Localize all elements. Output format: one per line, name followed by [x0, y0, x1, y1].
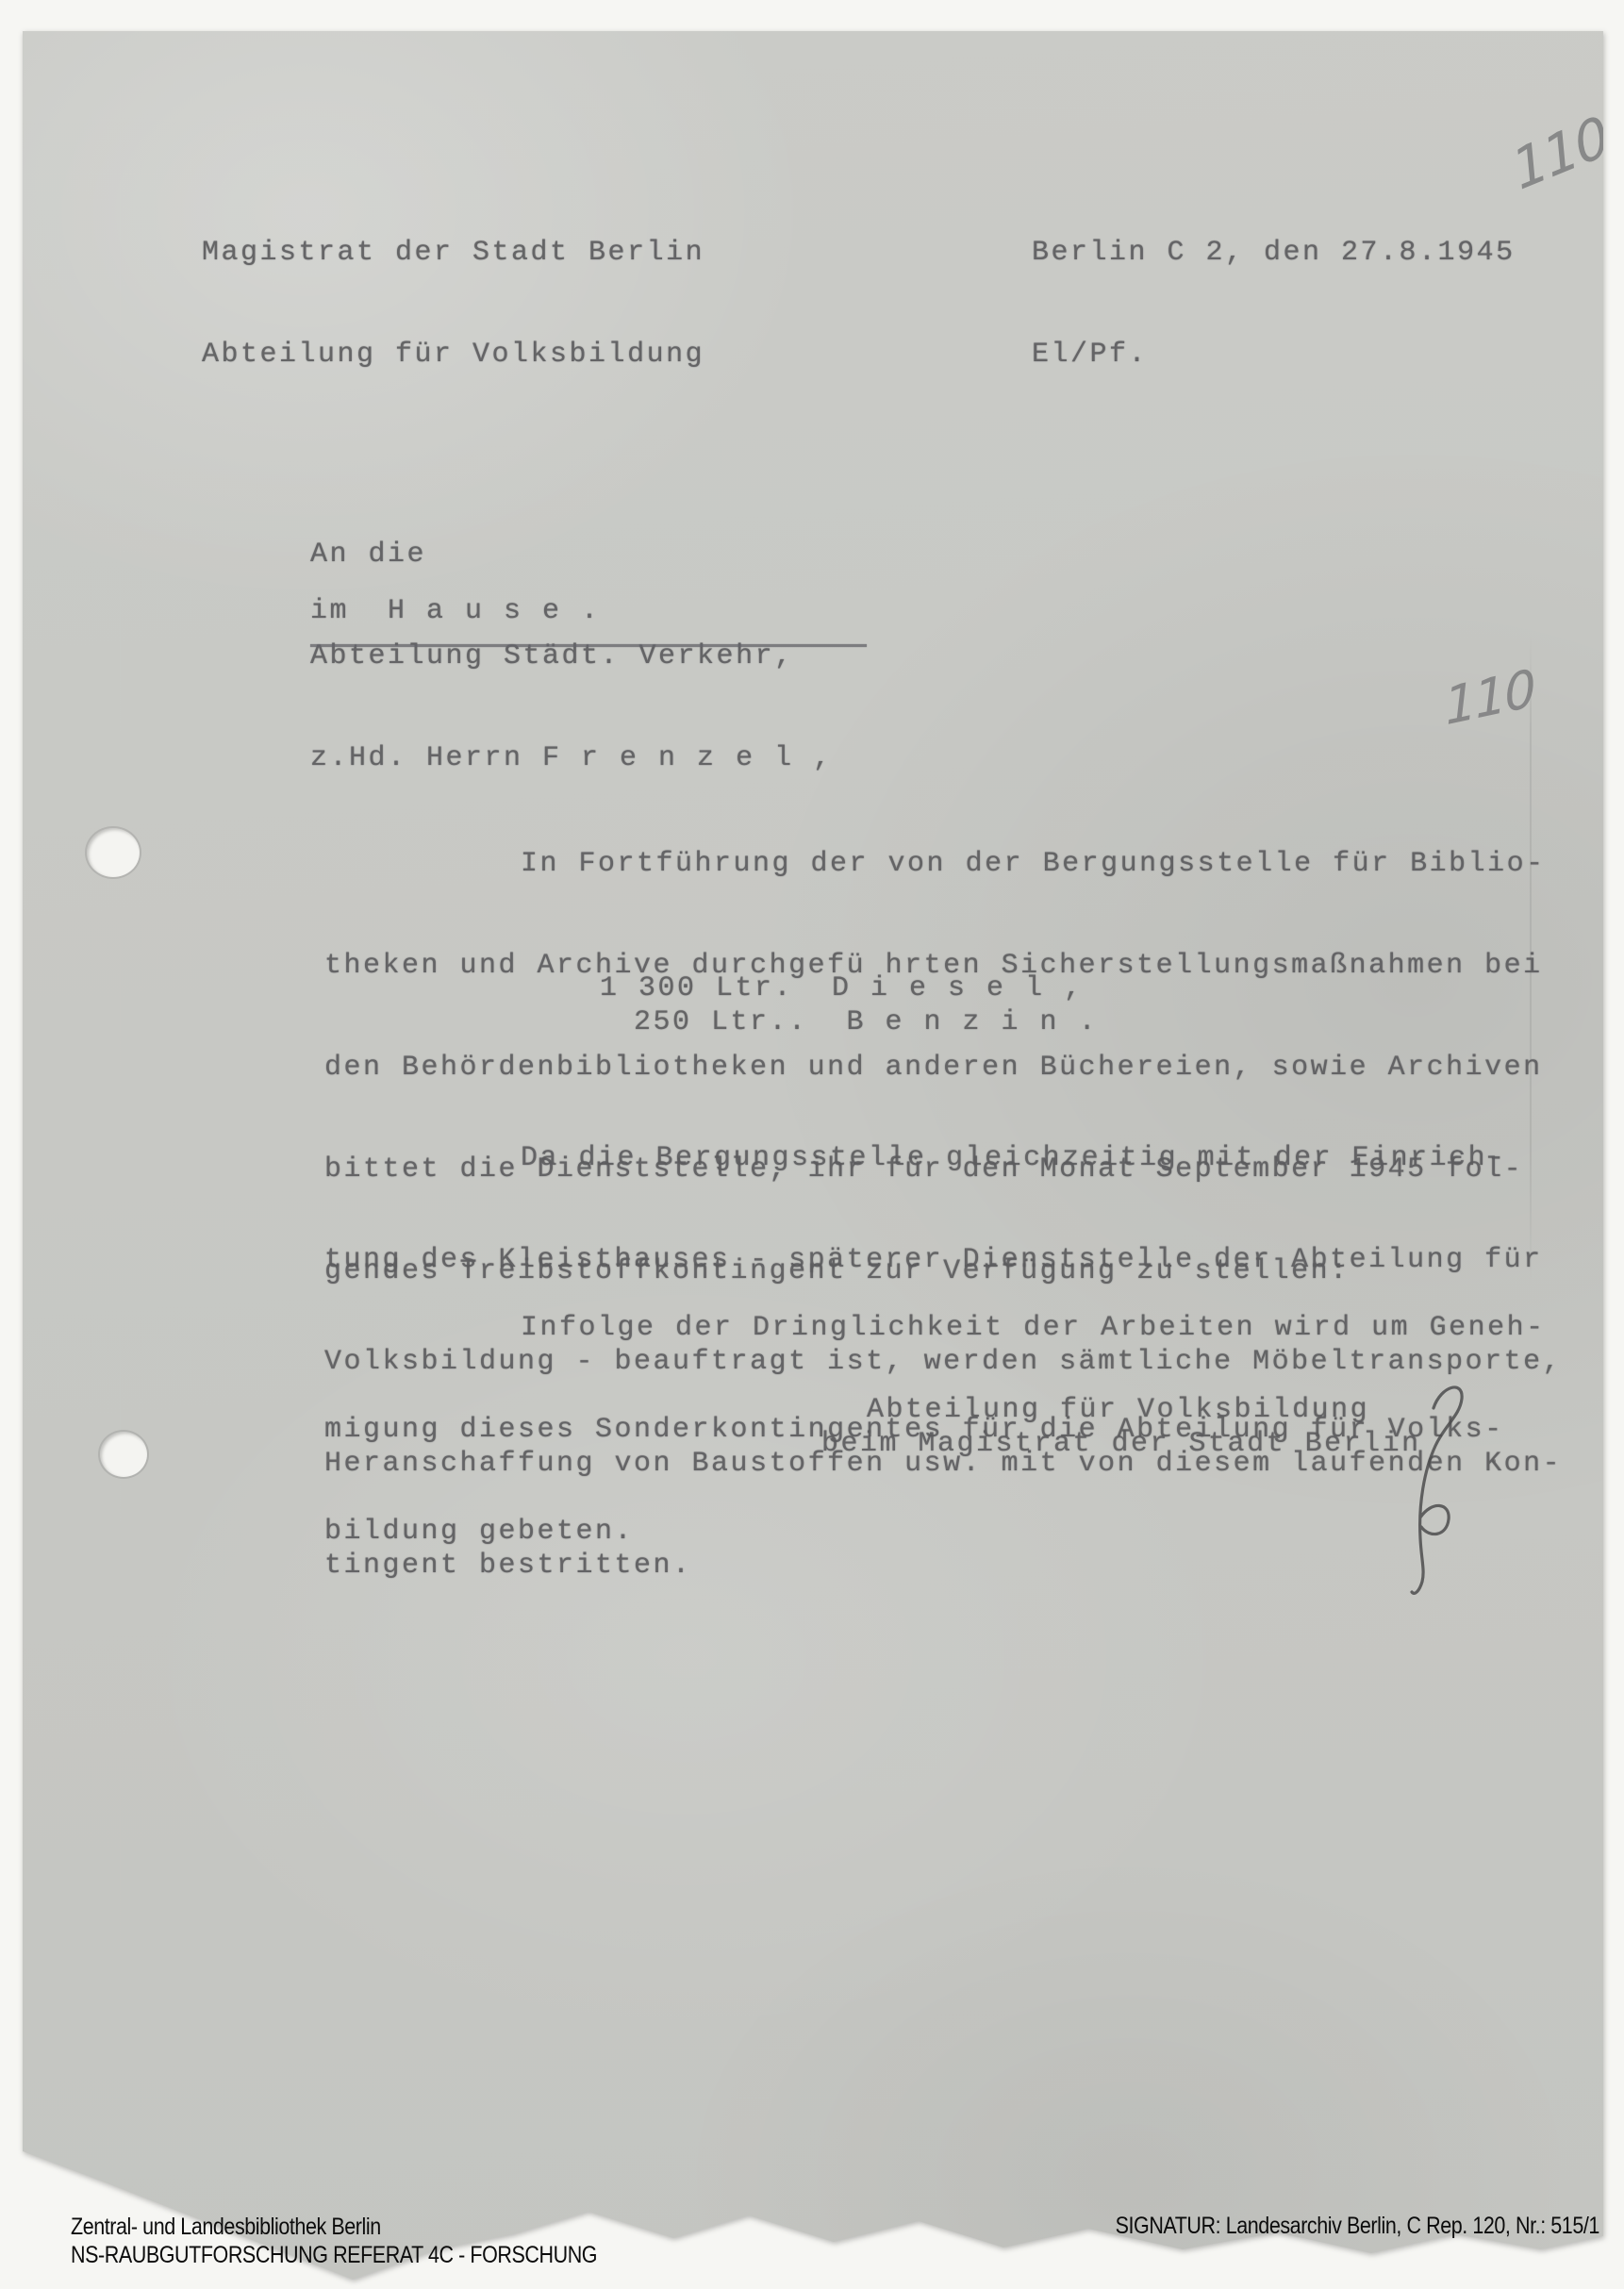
handwritten-number-mid-text: 110	[1443, 658, 1536, 737]
archive-caption-left: Zentral- und Landesbibliothek Berlin NS-…	[71, 2213, 597, 2269]
document-scan: Magistrat der Stadt Berlin Abteilung für…	[0, 0, 1624, 2289]
archive-caption-left-line-1: Zentral- und Landesbibliothek Berlin	[71, 2213, 597, 2241]
paper-sheet: Magistrat der Stadt Berlin Abteilung für…	[23, 31, 1603, 2289]
body-line: Infolge der Dringlichkeit der Arbeiten w…	[324, 1311, 1546, 1345]
place-date-line: Berlin C 2, den 27.8.1945	[1032, 236, 1516, 270]
ink-dot	[1492, 1459, 1496, 1463]
recipient-line-1: An die	[310, 538, 833, 572]
body-line: Da die Bergungsstelle gleichzeitig mit d…	[324, 1141, 1562, 1175]
sender-line-1: Magistrat der Stadt Berlin	[202, 236, 704, 270]
handwritten-number-mid: 110	[1442, 654, 1565, 738]
handwritten-number-top-text: 110	[1506, 104, 1616, 203]
punch-hole-top	[87, 828, 140, 877]
signature-line-2: beim Magistrat der Stadt Berlin	[821, 1427, 1421, 1461]
in-house-line: im H a u s e .	[310, 594, 601, 628]
date-block: Berlin C 2, den 27.8.1945 El/Pf.	[1032, 168, 1516, 440]
body-line: bildung gebeten.	[324, 1515, 1546, 1549]
archive-caption-right: SIGNATUR: Landesarchiv Berlin, C Rep. 12…	[1116, 2213, 1599, 2240]
reference-line: El/Pf.	[1032, 338, 1516, 372]
allocation-benzin: 250 Ltr.. B e n z i n .	[634, 1005, 1098, 1039]
archive-caption-left-line-2: NS-RAUBGUTFORSCHUNG REFERAT 4C - FORSCHU…	[71, 2241, 597, 2269]
sender-block: Magistrat der Stadt Berlin Abteilung für…	[202, 168, 704, 440]
signature-mark	[1379, 1378, 1511, 1604]
signature-line-1: Abteilung für Volksbildung	[867, 1393, 1369, 1427]
body-line: In Fortführung der von der Bergungsstell…	[324, 847, 1546, 881]
sender-line-2: Abteilung für Volksbildung	[202, 338, 704, 372]
signature-stroke	[1412, 1387, 1462, 1593]
punch-hole-bottom	[100, 1432, 147, 1477]
handwritten-number-top: 110	[1508, 105, 1621, 208]
in-house-underline	[310, 644, 867, 647]
allocation-diesel: 1 300 Ltr. D i e s e l ,	[600, 971, 1084, 1005]
recipient-line-3: z.Hd. Herrn F r e n z e l ,	[310, 741, 833, 775]
